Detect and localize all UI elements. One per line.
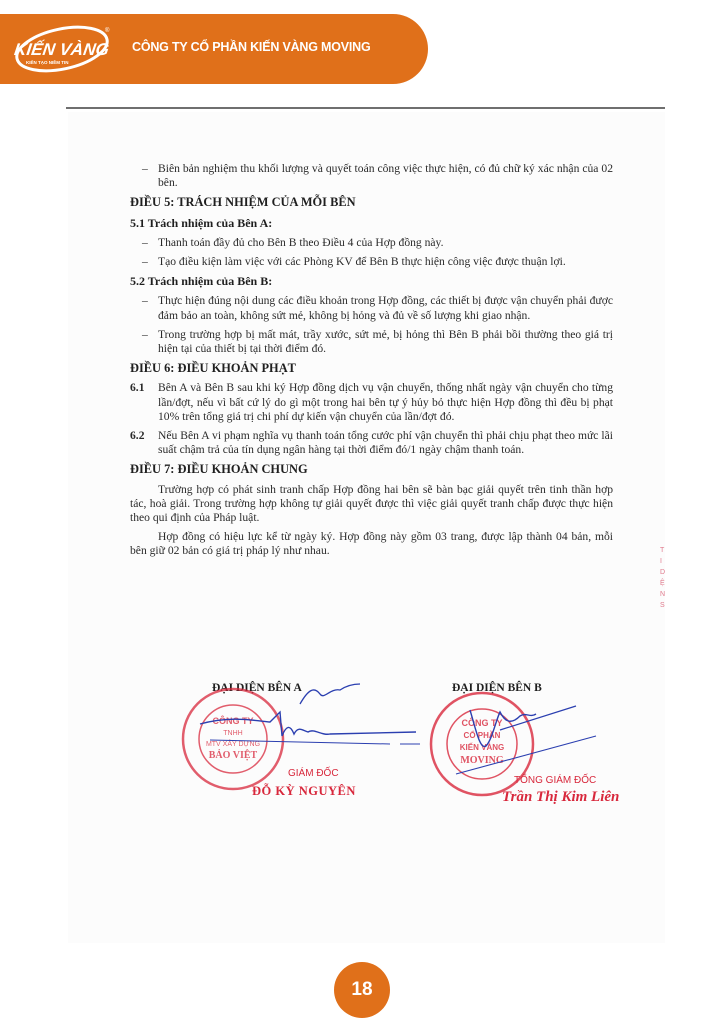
- edge-seal-marks: T I D Ệ N S: [660, 545, 668, 611]
- svg-text:KIẾN VÀNG: KIẾN VÀNG: [13, 40, 110, 59]
- edge-mark: S: [660, 600, 668, 611]
- svg-text:KIẾN TẠO NIỀM TIN: KIẾN TẠO NIỀM TIN: [26, 59, 69, 65]
- contract-body: Biên bản nghiệm thu khối lượng và quyết …: [130, 162, 613, 564]
- clause-number: 6.1: [130, 381, 145, 395]
- company-name: CÔNG TY CỔ PHẦN KIẾN VÀNG MOVING: [132, 40, 371, 54]
- svg-text:®: ®: [105, 27, 110, 34]
- kien-vang-logo: KIẾN VÀNG KIẾN TẠO NIỀM TIN ®: [12, 24, 112, 74]
- article-5-heading: ĐIỀU 5: TRÁCH NHIỆM CỦA MỖI BÊN: [130, 195, 613, 209]
- clause-6-2: 6.2 Nếu Bên A vi phạm nghĩa vụ thanh toá…: [130, 429, 613, 457]
- clause-text: Bên A và Bên B sau khi ký Hợp đồng dịch …: [158, 381, 613, 422]
- section-5-1-item: Tạo điều kiện làm việc với các Phòng KV …: [130, 255, 613, 269]
- section-5-1-heading: 5.1 Trách nhiệm của Bên A:: [130, 216, 613, 230]
- party-a-handwritten-signature: [190, 676, 430, 756]
- header-divider: [66, 107, 665, 109]
- article-6-heading: ĐIỀU 6: ĐIỀU KHOẢN PHẠT: [130, 361, 613, 375]
- clause-6-1: 6.1 Bên A và Bên B sau khi ký Hợp đồng d…: [130, 381, 613, 424]
- edge-mark: Ệ: [660, 578, 668, 589]
- section-5-2-heading: 5.2 Trách nhiệm của Bên B:: [130, 274, 613, 288]
- edge-mark: D: [660, 567, 668, 578]
- edge-mark: T: [660, 545, 668, 556]
- clause-number: 6.2: [130, 429, 145, 443]
- intro-bullet: Biên bản nghiệm thu khối lượng và quyết …: [130, 162, 613, 190]
- company-header-banner: KIẾN VÀNG KIẾN TẠO NIỀM TIN ® CÔNG TY CỔ…: [0, 14, 428, 84]
- clause-text: Nếu Bên A vi phạm nghĩa vụ thanh toán tổ…: [158, 429, 613, 456]
- party-a-name: ĐỖ KỲ NGUYÊN: [252, 784, 356, 799]
- party-b-name: Trần Thị Kim Liên: [502, 789, 619, 806]
- page-number-badge: 18: [334, 962, 390, 1018]
- article-7-paragraph: Hợp đồng có hiệu lực kể từ ngày ký. Hợp …: [130, 530, 613, 558]
- party-b-handwritten-signature: [400, 690, 610, 780]
- section-5-2-item: Thực hiện đúng nội dung các điều khoản t…: [130, 294, 613, 322]
- edge-mark: N: [660, 589, 668, 600]
- edge-mark: I: [660, 556, 668, 567]
- party-b-title: TỔNG GIÁM ĐỐC: [514, 775, 596, 786]
- section-5-2-item: Trong trường hợp bị mất mát, trầy xước, …: [130, 328, 613, 356]
- article-7-paragraph: Trường hợp có phát sinh tranh chấp Hợp đ…: [130, 483, 613, 526]
- party-a-title: GIÁM ĐỐC: [288, 768, 339, 779]
- article-7-heading: ĐIỀU 7: ĐIỀU KHOẢN CHUNG: [130, 462, 613, 476]
- section-5-1-item: Thanh toán đầy đủ cho Bên B theo Điều 4 …: [130, 236, 613, 250]
